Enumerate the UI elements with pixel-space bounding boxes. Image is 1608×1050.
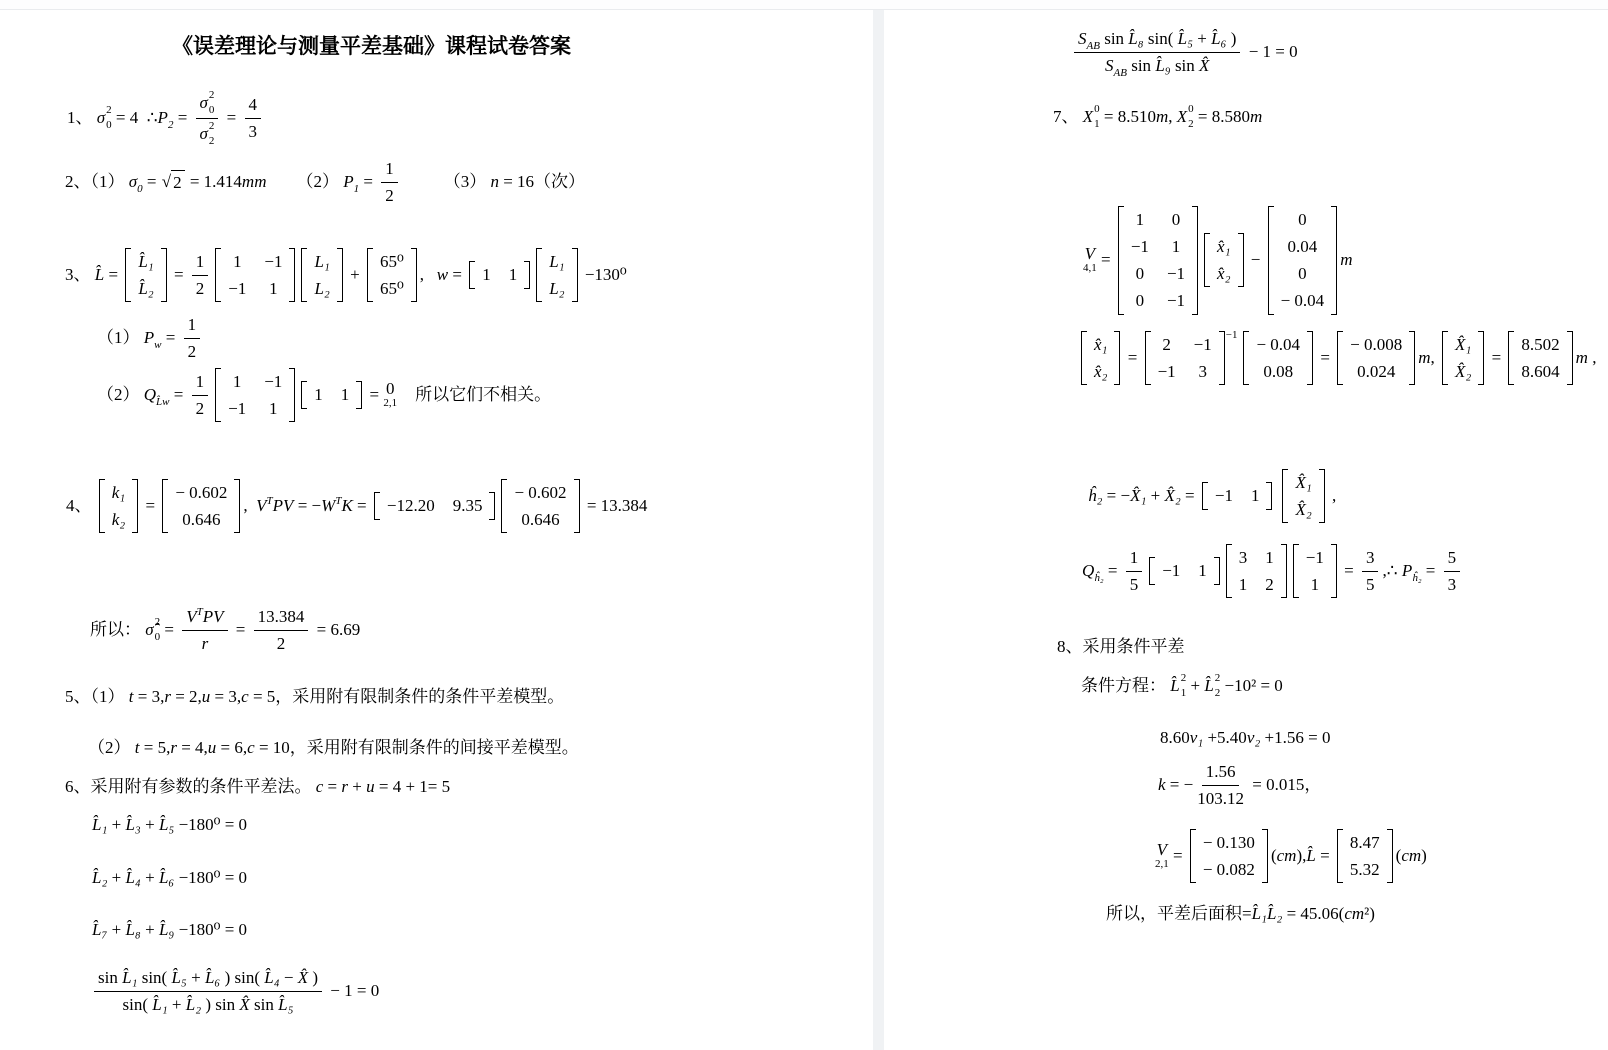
answer-item-8-conclusion: 所以，平差后面积=L̂₁L̂₂ = 45.06(cm²) [1106, 899, 1375, 929]
answer-item-8-k: k = −1.56103.12 = 0.015， [1158, 757, 1321, 813]
answer-item-7: 7、 X01 = 8.510m, X02 = 8.580m [1053, 102, 1262, 132]
answer-item-7-x-solution: x̂₁x̂₂ = 2−1−13−1− 0.040.08 = − 0.0080.0… [1078, 326, 1596, 390]
answer-item-8-v: V2,1 = − 0.130− 0.082(cm),L̂ = 8.475.32(… [1155, 822, 1427, 890]
answer-item-7-q: Qĥ₂ = 15−113112−11 = 35,∴ Pĥ₂ = 53 [1082, 540, 1464, 602]
answer-item-8-eq2: 8.60v₁ +5.40v₂ +1.56 = 0 [1160, 724, 1330, 752]
right-page: SAB sin L̂₈ sin( L̂₅ + L̂₆ )SAB sin L̂₉ … [0, 0, 1608, 1050]
answer-item-6-eq5: SAB sin L̂₈ sin( L̂₅ + L̂₆ )SAB sin L̂₉ … [1070, 20, 1298, 84]
answer-item-7-h2: ĥ₂ = −X̂₁ + X̂₂ = −11X̂₁X̂₂ , [1088, 465, 1336, 527]
answer-item-8-intro: 8、采用条件平差 [1057, 633, 1185, 661]
answer-item-8-condition: 条件方程： L̂21 + L̂22 −10² = 0 [1081, 666, 1283, 706]
answer-item-7-v-matrix: V4,1 = 10−110−10−1x̂₁x̂₂ − 00.040− 0.04m [1083, 195, 1352, 325]
